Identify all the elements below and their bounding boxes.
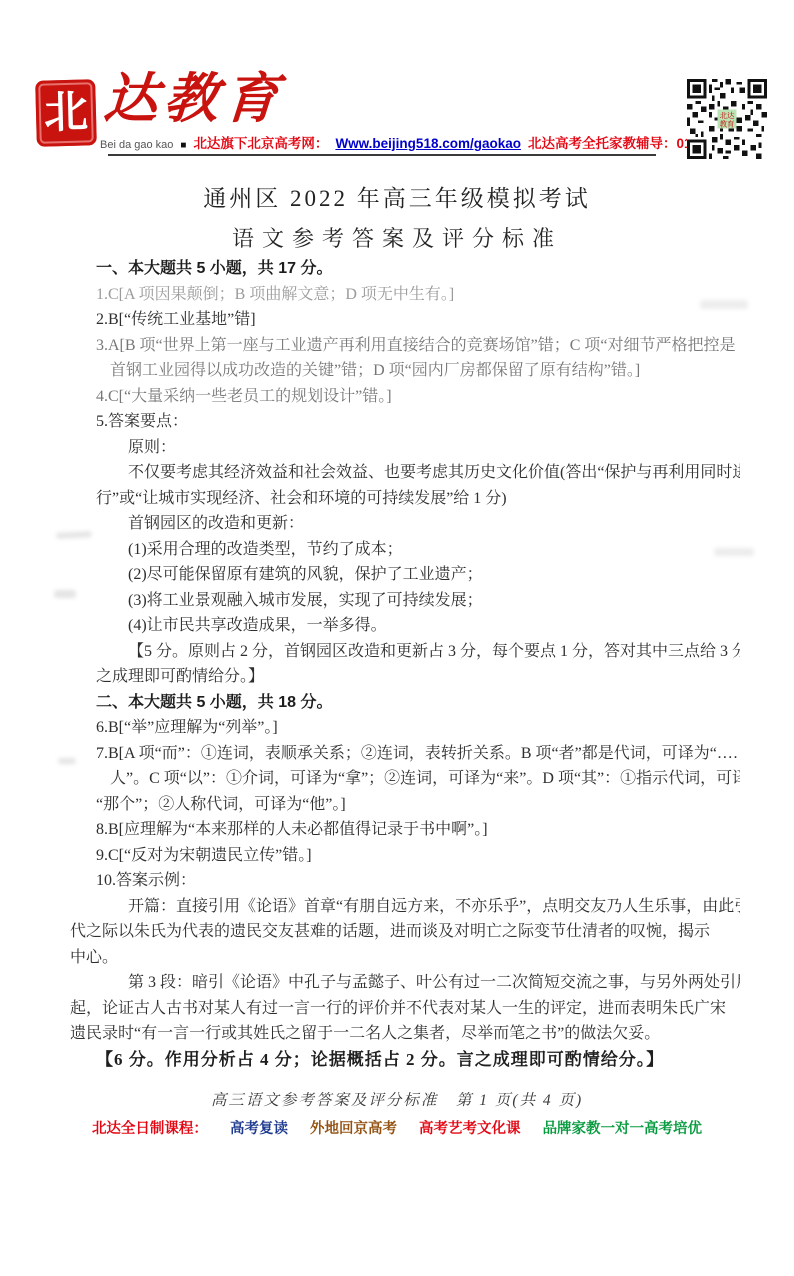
scan-smudge [714,548,754,556]
promo-item-jiajiao: 品牌家教一对一高考培优 [543,1121,703,1137]
doc-line-q5b: 行”或“让城市实现经济、社会和环境的可持续发展”给 1 分) [96,486,740,512]
doc-line-q5a: 不仅要考虑其经济效益和社会效益、也要考虑其历史文化价值(答出“保护与再利用同时进 [96,460,740,486]
doc-line-q10c: 中心。 [70,945,740,971]
exam-title: 通州区 2022 年高三年级模拟考试 [0,180,794,213]
doc-line-q1: 1.C[A 项因果颠倒；B 项曲解文意；D 项无中生有。] [96,282,740,308]
scan-smudge [56,531,92,539]
site-label: 北达旗下北京高考网： [193,132,328,152]
promo-item-fudu: 高考复读 [230,1121,288,1137]
doc-line-point3: (3)将工业景观融入城市发展，实现了可持续发展； [96,588,740,614]
doc-line-point2: (2)尽可能保留原有建筑的风貌，保护了工业遗产； [96,562,740,588]
doc-line-section2: 二、本大题共 5 小题，共 18 分。 [96,690,740,716]
doc-line-q10: 10.答案示例： [96,868,740,894]
qr-code: 北达 教育 [687,77,767,161]
doc-line-q5: 5.答案要点： [96,409,740,435]
scanned-answer-sheet-page: 北 达教育 Bei da gao kao ■ 北达旗下北京高考网： Www.be… [0,0,794,1276]
doc-line-score6: 【6 分。作用分析占 4 分；论据概括占 2 分。言之成理即可酌情给分。】 [96,1047,740,1073]
gaokao-site-link[interactable]: Www.beijing518.com/gaokao [335,136,521,151]
doc-line-q7c: “那个”；②人称代词，可译为“他”。] [96,792,740,818]
doc-line-q6: 6.B[“举”应理解为“列举”。] [96,715,740,741]
doc-line-q10a: 开篇：直接引用《论语》首章“有朋自远方来，不亦乐乎”，点明交友乃人生乐事，由此引… [96,894,740,920]
qr-code-pattern: 北达 教育 [687,77,767,161]
doc-line-q10b: 代之际以朱氏为代表的遗民交友甚难的话题，进而谈及对明亡之际变节仕清者的叹惋，揭示 [70,919,740,945]
doc-line-q5c: 首钢园区的改造和更新： [96,511,740,537]
doc-line-section1: 一、本大题共 5 小题，共 17 分。 [96,256,740,282]
brand-seal: 北 [35,79,97,147]
doc-page-footer: 高三语文参考答案及评分标准 第 1 页(共 4 页) [0,1088,794,1110]
promo-prefix: 北达全日制课程： [92,1121,208,1137]
doc-line-q8: 8.B[应理解为“本来那样的人未必都值得记录于书中啊”。] [96,817,740,843]
scan-smudge [54,590,76,598]
doc-line-q4: 4.C[“大量采纳一些老员工的规划设计”错。] [96,384,740,410]
doc-line-q10e: 起，论证古人古书对某人有过一言一行的评价并不代表对某人一生的评定，进而表明朱氏广… [70,996,740,1022]
doc-line-q7b: 人”。C 项“以”：①介词，可译为“拿”；②连词，可译为“来”。D 项“其”：①… [96,766,740,792]
doc-body: 一、本大题共 5 小题，共 17 分。 1.C[A 项因果颠倒；B 项曲解文意；… [96,256,740,1072]
doc-line-q3a: 3.A[B 项“世界上第一座与工业遗产再利用直接结合的竞赛场馆”错；C 项“对细… [96,333,740,359]
brand-calligraphy: 达教育 [102,70,286,129]
scan-smudge [58,758,76,764]
promo-bar: 北达全日制课程： 高考复读 外地回京高考 高考艺考文化课 品牌家教一对一高考培优 [0,1117,794,1138]
header-divider [108,154,656,156]
square-bullet-icon: ■ [180,140,186,151]
doc-line-q3b: 首钢工业园得以成功改造的关键”错；D 项“园内厂房都保留了原有结构”错。] [96,358,740,384]
qr-center-label-2: 教育 [720,118,735,128]
brand-pinyin: Bei da gao kao [100,139,173,151]
doc-line-principle: 原则： [96,435,740,461]
doc-line-score5b: 之成理即可酌情给分。】 [96,664,740,690]
scan-smudge [700,300,748,309]
brand-seal-character: 北 [43,90,88,135]
promo-item-yikao: 高考艺考文化课 [419,1121,521,1137]
header-tagline: Bei da gao kao ■ 北达旗下北京高考网： Www.beijing5… [100,132,660,152]
doc-line-q10d: 第 3 段：暗引《论语》中孔子与孟懿子、叶公有过一二次简短交流之事，与另外两处引… [96,970,740,996]
doc-line-q10f: 遗民录时“有一言一行或其姓氏之留于一二名人之集者，尽举而笔之书”的做法欠妥。 [70,1021,740,1047]
doc-line-q2: 2.B[“传统工业基地”错] [96,307,740,333]
doc-line-q7a: 7.B[A 项“而”：①连词，表顺承关系；②连词，表转折关系。B 项“者”都是代… [96,741,740,767]
answer-key-subtitle: 语文参考答案及评分标准 [0,222,794,253]
doc-line-score5a: 【5 分。原则占 2 分，首钢园区改造和更新占 3 分，每个要点 1 分，答对其… [96,639,740,665]
promo-item-huijing: 外地回京高考 [310,1121,397,1137]
doc-line-q9: 9.C[“反对为宋朝遗民立传”错。] [96,843,740,869]
doc-line-point4: (4)让市民共享改造成果，一举多得。 [96,613,740,639]
doc-line-point1: (1)采用合理的改造类型，节约了成本； [96,537,740,563]
